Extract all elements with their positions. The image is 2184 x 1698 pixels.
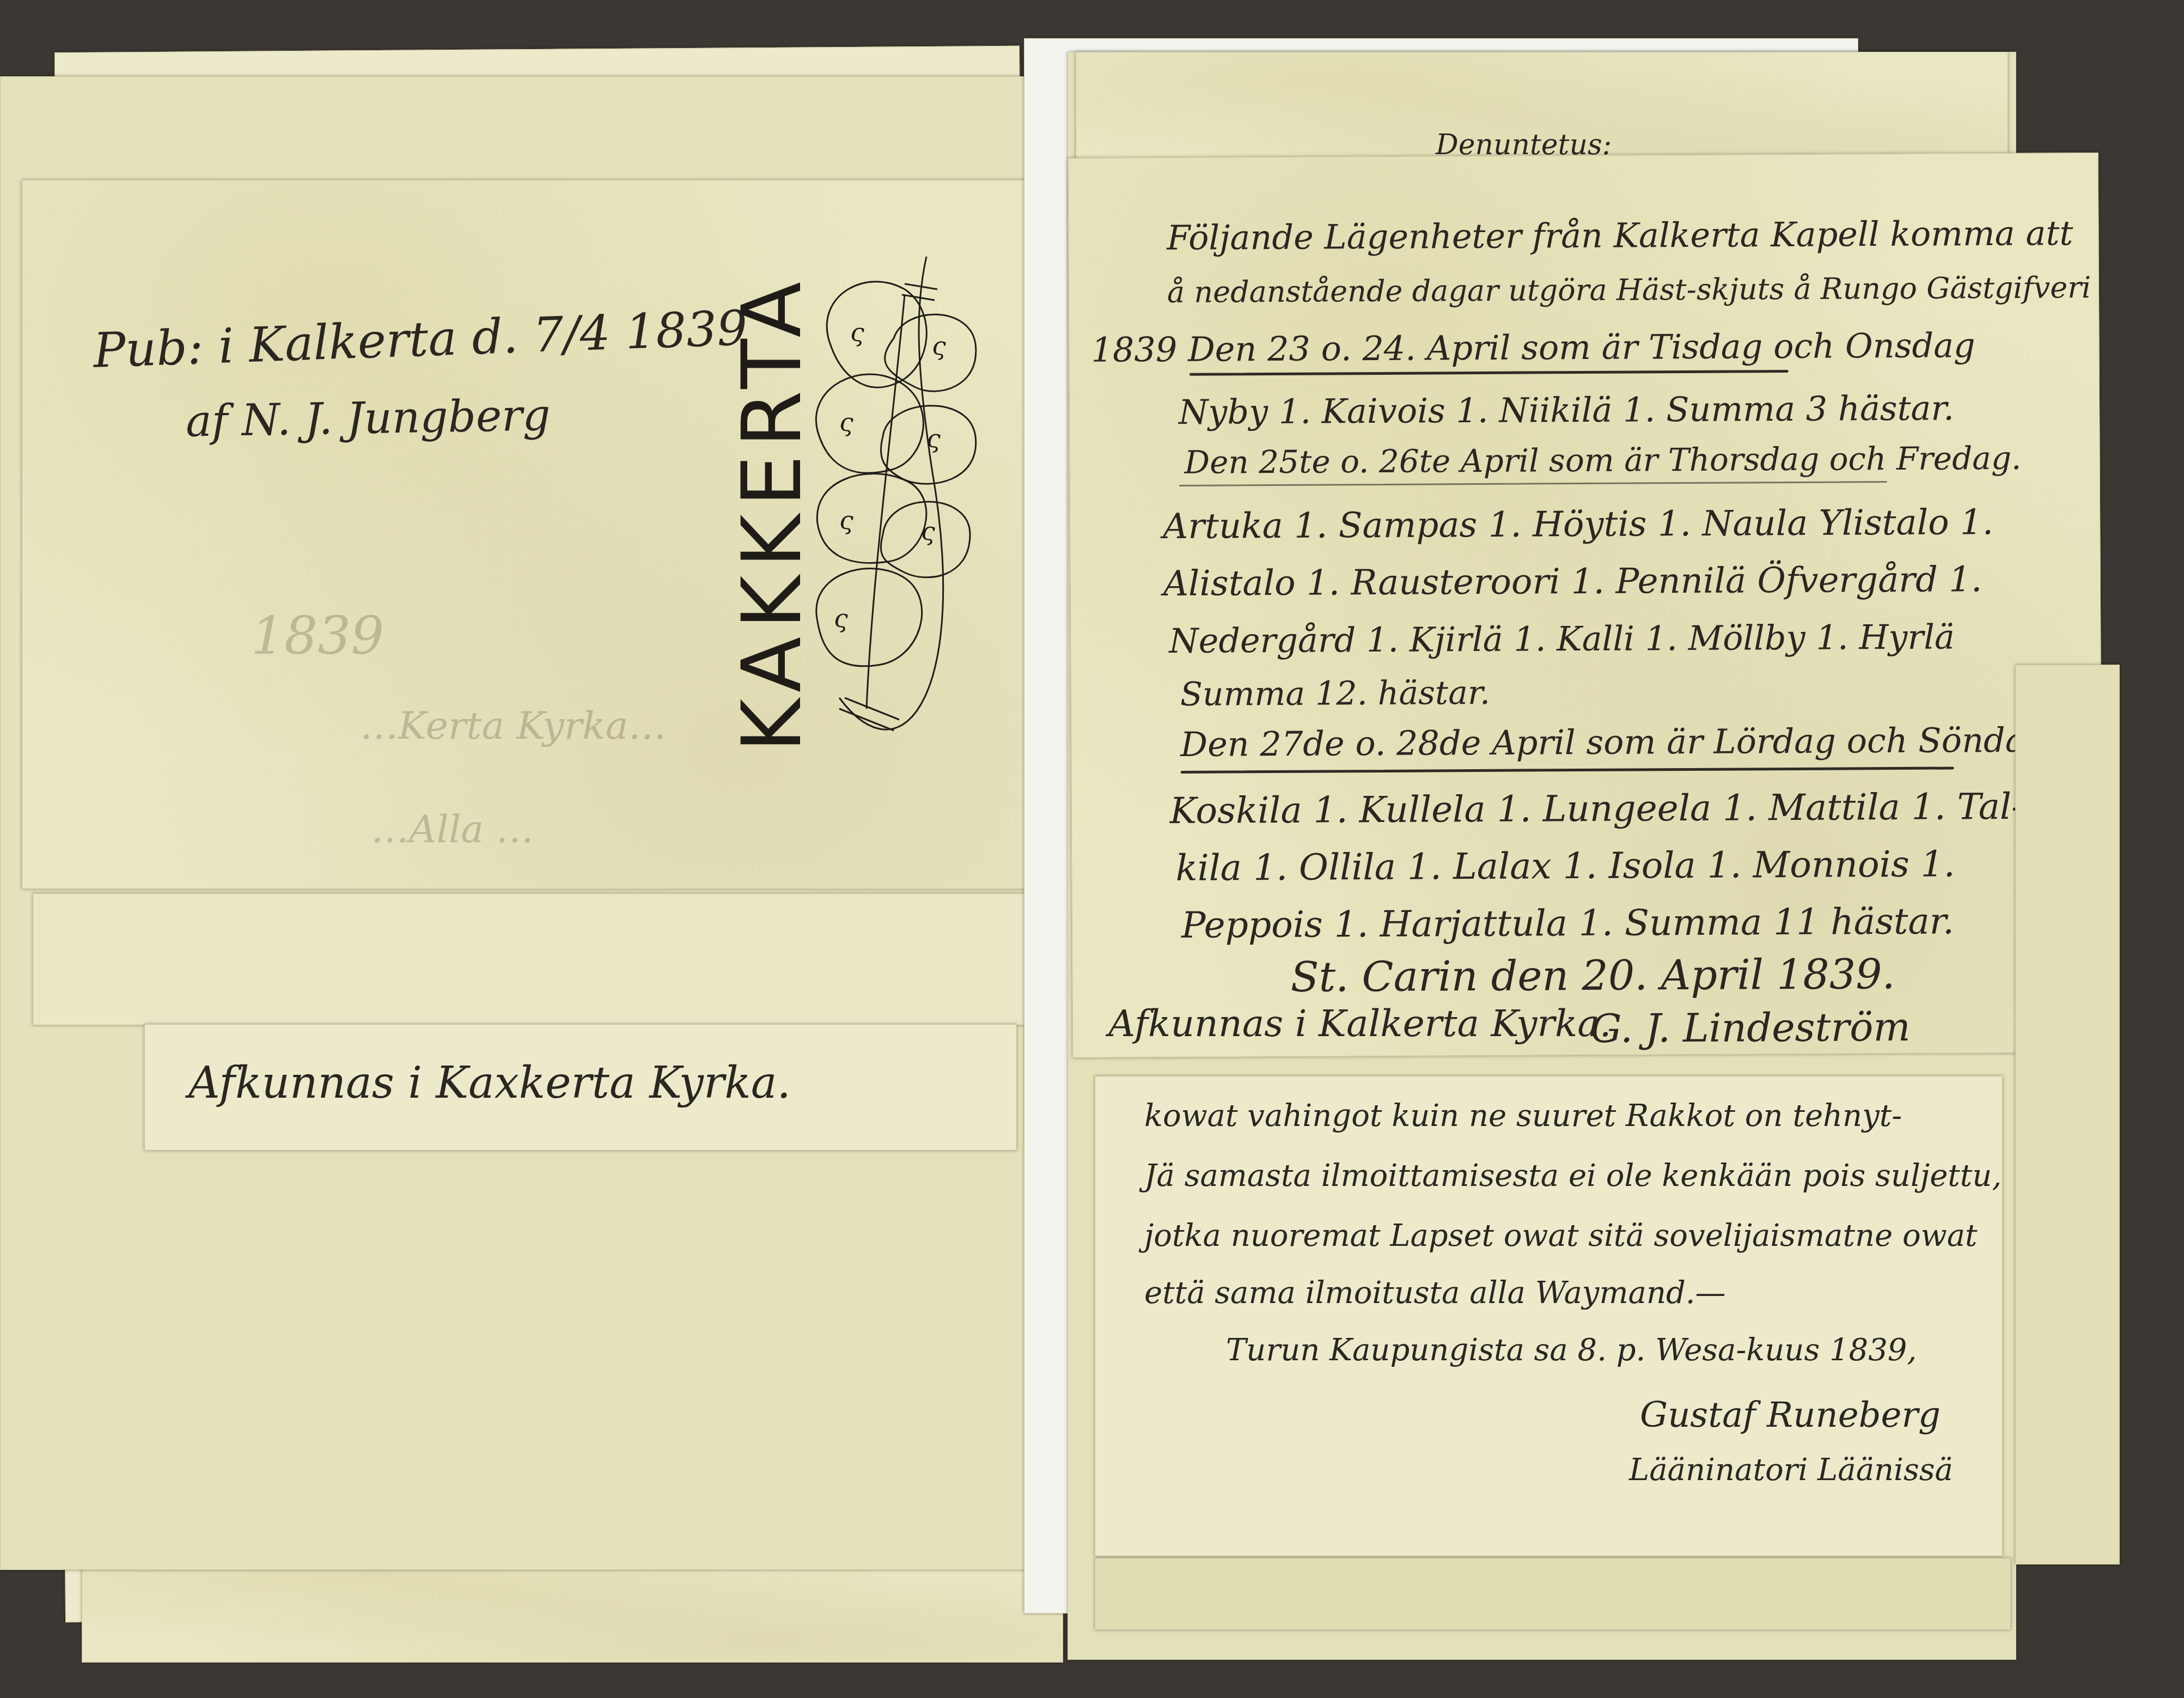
doc-line: kila 1. Ollila 1. Lalax 1. Isola 1. Monn… — [1175, 843, 1955, 888]
finnish-line: kowat vahingot kuin ne suuret Rakkot on … — [1144, 1098, 1902, 1134]
bleed-through-line: …Kerta Kyrka… — [360, 703, 666, 748]
lower-slip: Afkunnas i Kaxkerta Kyrka. — [144, 1024, 1017, 1151]
doc-line: Följande Lägenheter från Kalkerta Kapell… — [1167, 213, 2073, 258]
finnish-line: jotka nuoremat Lapset owat sitä sovelija… — [1144, 1218, 1978, 1253]
back-sheet-right-bottom — [1095, 1558, 2011, 1630]
seal-diagram-icon: ς ς ς ς ς ς ς — [807, 251, 992, 796]
back-sheet-5 — [33, 893, 1041, 1025]
seal-mark: ς — [921, 516, 935, 546]
document-author-line: af N. J. Jungberg — [185, 389, 551, 447]
seal-mark: ς — [926, 424, 941, 453]
doc-line: Koskila 1. Kullela 1. Lungeela 1. Mattil… — [1170, 786, 2024, 832]
seal-mark: ς — [839, 506, 853, 535]
bleed-through-line-2: …Alla … — [371, 807, 534, 851]
doc-line: Summa 12. hästar. — [1180, 674, 1490, 714]
announcement-note: Afkunnas i Kalkerta Kyrka. — [1108, 1002, 1611, 1045]
seal-mark: ς — [850, 318, 864, 347]
finnish-document: kowat vahingot kuin ne suuret Rakkot on … — [1095, 1076, 2003, 1556]
finnish-line: Jä samasta ilmoittamisesta ei ole kenkää… — [1144, 1158, 2002, 1194]
doc-line: Artuka 1. Sampas 1. Höytis 1. Naula Ylis… — [1163, 502, 1993, 547]
bleed-through-year: 1839 — [251, 605, 384, 666]
doc-line: Nedergård 1. Kjirlä 1. Kalli 1. Möllby 1… — [1169, 617, 1955, 661]
side-strip — [2015, 665, 2120, 1565]
underline — [1179, 481, 1887, 486]
doc-line: Alistalo 1. Rausteroori 1. Pennilä Öfver… — [1163, 559, 1982, 604]
seal-mark: ς — [834, 604, 848, 633]
seal-mark: ς — [839, 407, 853, 437]
doc-line: Den 25te o. 26te April som är Thorsdag o… — [1184, 440, 2021, 481]
main-document: Följande Lägenheter från Kalkerta Kapell… — [1068, 153, 2103, 1058]
kakkerta-vertical-label: KAKKERTA — [725, 274, 820, 752]
document-title-line: Pub: i Kalkerta d. 7/4 1839 — [93, 300, 748, 379]
top-document: Pub: i Kalkerta d. 7/4 1839 af N. J. Jun… — [22, 180, 1047, 889]
doc-line: Nyby 1. Kaivois 1. Niikilä 1. Summa 3 hä… — [1179, 388, 1954, 431]
finnish-signature-title: Lääninatori Läänissä — [1629, 1452, 1953, 1488]
doc-line: 1839 Den 23 o. 24. April som är Tisdag o… — [1091, 325, 1975, 369]
underline — [1181, 766, 1954, 773]
doc-line: Den 27de o. 28de April som är Lördag och… — [1180, 720, 2058, 764]
doc-date-line: St. Carin den 20. April 1839. — [1290, 950, 1895, 1001]
doc-line: å nedanstående dagar utgöra Häst-skjuts … — [1167, 270, 2091, 309]
finnish-date-line: Turun Kaupungista sa 8. p. Wesa-kuus 183… — [1226, 1332, 1917, 1368]
finnish-signature: Gustaf Runeberg — [1640, 1395, 1941, 1435]
finnish-line: että sama ilmoitusta alla Waymand.— — [1144, 1275, 1726, 1311]
seal-mark: ς — [932, 331, 946, 361]
doc-line: Peppois 1. Harjattula 1. Summa 11 hästar… — [1181, 900, 1954, 946]
underline — [1189, 370, 1789, 376]
announcement-band: Afkunnas i Kalkerta Kyrka. — [1076, 997, 1996, 1057]
lower-slip-text: Afkunnas i Kaxkerta Kyrka. — [188, 1057, 791, 1108]
